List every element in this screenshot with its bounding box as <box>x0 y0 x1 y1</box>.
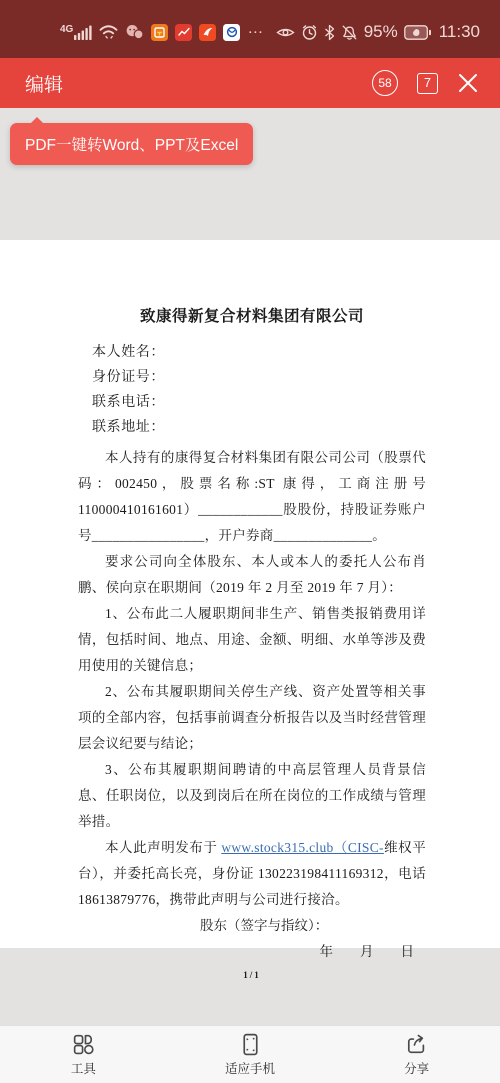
tools-button[interactable]: 工具 <box>0 1026 167 1083</box>
field-address: 联系地址： <box>78 415 426 440</box>
paragraph-closing: 本人此声明发布于 www.stock315.club（CISC-维权平台），并委… <box>78 835 426 913</box>
share-label: 分享 <box>404 1059 429 1077</box>
alarm-icon <box>301 24 318 41</box>
battery-percent-label: 95% <box>364 22 398 42</box>
paragraph-item-1: 1、公布此二人履职期间非生产、销售类报销费用详情，包括时间、地点、用途、金额、明… <box>78 601 426 679</box>
eye-comfort-icon <box>276 26 295 39</box>
pdf-page: 致康得新复合材料集团有限公司 本人姓名： 身份证号： 联系电话： 联系地址： 本… <box>0 240 500 948</box>
fit-to-phone-button[interactable]: 适应手机 <box>167 1026 334 1083</box>
app-bar-actions: 58 7 <box>372 70 479 96</box>
comments-count-badge[interactable]: 58 <box>372 70 398 96</box>
paragraph-item-2: 2、公布其履职期间关停生产线、资产处置等相关事项的全部内容，包括事前调查分析报告… <box>78 679 426 757</box>
signal-bars-icon <box>74 25 92 40</box>
document-fields: 本人姓名： 身份证号： 联系电话： 联系地址： <box>78 340 426 440</box>
paragraph-shareholding: 本人持有的康得复合材料集团有限公司公司（股票代码：002450，股票名称:ST … <box>78 445 426 549</box>
status-left-group: 4G <box>60 24 264 41</box>
field-id-number: 身份证号： <box>78 365 426 390</box>
pdf-convert-tooltip[interactable]: PDF一键转Word、PPT及Excel <box>10 123 253 165</box>
stock315-link[interactable]: www.stock315.club（CISC- <box>221 840 384 855</box>
telecom-app-icon <box>223 24 240 41</box>
app-bar: 编辑 58 7 <box>0 58 500 108</box>
page-thumbnails-badge[interactable]: 7 <box>417 73 438 94</box>
edit-mode-button[interactable]: 编辑 <box>25 70 63 97</box>
more-notifications-icon: … <box>247 24 264 40</box>
page-indicator: 1/1 <box>78 970 426 980</box>
closing-pre-text: 本人此声明发布于 <box>105 840 221 855</box>
paragraph-demand: 要求公司向全体股东、本人或本人的委托人公布肖鹏、侯向京在职期间（2019 年 2… <box>78 549 426 601</box>
fit-to-phone-icon <box>238 1032 263 1057</box>
status-bar: 4G <box>0 0 500 58</box>
date-line: 年 月 日 <box>78 939 426 965</box>
network-type-label: 4G <box>60 25 73 35</box>
bluetooth-icon <box>324 24 335 41</box>
document-viewport[interactable]: PDF一键转Word、PPT及Excel 致康得新复合材料集团有限公司 本人姓名… <box>0 108 500 1025</box>
document-title: 致康得新复合材料集团有限公司 <box>78 304 426 326</box>
notifications-muted-icon <box>341 24 358 41</box>
fit-to-phone-label: 适应手机 <box>225 1059 275 1077</box>
share-button[interactable]: 分享 <box>333 1026 500 1083</box>
tooltip-text: PDF一键转Word、PPT及Excel <box>25 137 238 154</box>
finance-app-icon <box>199 24 216 41</box>
close-icon[interactable] <box>457 72 479 94</box>
status-right-group: 95% 11:30 <box>276 22 480 42</box>
clock-label: 11:30 <box>439 22 480 42</box>
battery-icon <box>404 25 431 40</box>
paragraph-item-3: 3、公布其履职期间聘请的中高层管理人员背景信息、任职岗位，以及到岗后在所在岗位的… <box>78 757 426 835</box>
wifi-icon <box>99 24 118 40</box>
share-icon <box>404 1032 429 1057</box>
bottom-toolbar: 工具 适应手机 分享 <box>0 1025 500 1083</box>
field-name: 本人姓名： <box>78 340 426 365</box>
signature-label: 股东（签字与指纹）： <box>78 913 426 939</box>
screen: 4G <box>0 0 500 1083</box>
signal-strength-icon: 4G <box>60 25 92 40</box>
tools-label: 工具 <box>71 1059 96 1077</box>
fund-app-icon <box>151 24 168 41</box>
wechat-notification-icon <box>125 24 144 40</box>
field-phone: 联系电话： <box>78 390 426 415</box>
stocks-app-icon <box>175 24 192 41</box>
tools-grid-icon <box>71 1032 96 1057</box>
